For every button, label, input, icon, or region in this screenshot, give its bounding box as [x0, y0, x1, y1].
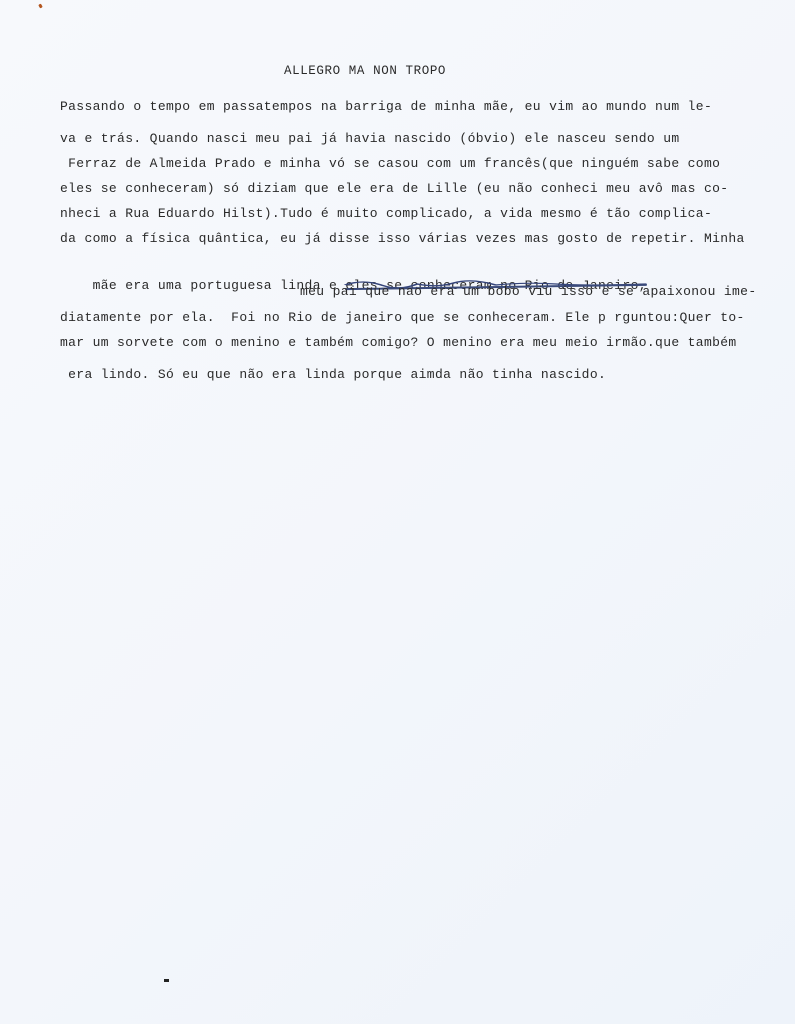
- typewritten-page: ALLEGRO MA NON TROPO Passando o tempo em…: [0, 0, 795, 1024]
- text-line-2: va e trás. Quando nasci meu pai já havia…: [60, 131, 680, 147]
- text-line-9: diatamente por ela. Foi no Rio de janeir…: [60, 310, 745, 326]
- text-line-8: meu pai que nao era um bobo viu isso e s…: [300, 284, 756, 300]
- ink-speck: [38, 4, 43, 9]
- text-line-4: eles se conheceram) só diziam que ele er…: [60, 181, 728, 197]
- text-line-1: Passando o tempo em passatempos na barri…: [60, 99, 712, 115]
- text-line-5: nheci a Rua Eduardo Hilst).Tudo é muito …: [60, 206, 712, 222]
- text-line-3: Ferraz de Almeida Prado e minha vó se ca…: [60, 156, 720, 172]
- text-line-11: era lindo. Só eu que não era linda porqu…: [60, 367, 606, 383]
- text-line-6: da como a física quântica, eu já disse i…: [60, 231, 745, 247]
- document-title: ALLEGRO MA NON TROPO: [284, 64, 446, 78]
- text-line-10: mar um sorvete com o menino e também com…: [60, 335, 737, 351]
- ink-dot: [164, 979, 169, 982]
